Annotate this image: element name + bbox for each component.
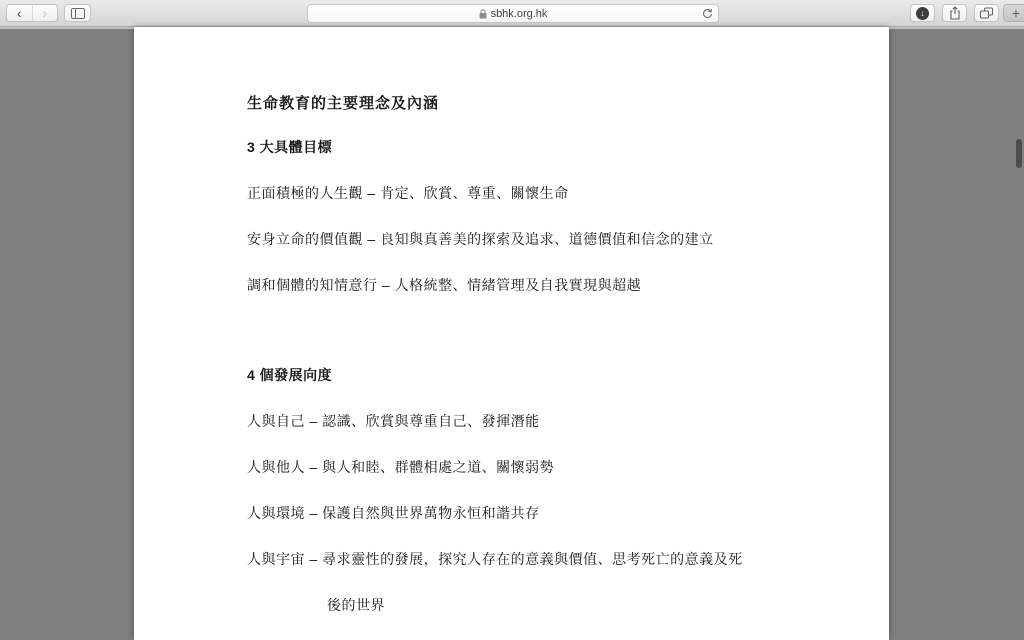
doc-line: 人與宇宙 – 尋求靈性的發展，探究人存在的意義與價值、思考死亡的意義及死 — [247, 549, 743, 569]
reload-button[interactable] — [702, 8, 713, 20]
sidebar-toggle-button[interactable] — [64, 4, 91, 22]
forward-icon: › — [42, 6, 47, 20]
doc-line: 人與他人 – 與人和睦、群體相處之道、關懷弱勢 — [247, 457, 554, 477]
tabs-icon — [980, 7, 993, 19]
new-tab-button[interactable]: + — [1003, 4, 1024, 22]
section-heading-directions: 4 個發展向度 — [247, 365, 332, 385]
page-title: 生命教育的主要理念及內涵 — [247, 92, 439, 113]
browser-toolbar: ‹ › sbhk.org.hk ↓ — [0, 0, 1024, 27]
doc-line: 人與自己 – 認識、欣賞與尊重自己、發揮潛能 — [247, 411, 540, 431]
downloads-button[interactable]: ↓ — [910, 4, 935, 22]
address-bar[interactable]: sbhk.org.hk — [307, 4, 719, 23]
doc-line: 人與環境 – 保護自然與世界萬物永恒和諧共存 — [247, 503, 540, 523]
plus-icon: + — [1012, 5, 1020, 21]
download-progress-icon: ↓ — [916, 7, 929, 20]
sidebar-icon — [71, 8, 85, 19]
doc-line-continuation: 後的世界 — [327, 595, 385, 615]
history-nav-group: ‹ › — [6, 4, 58, 22]
back-button[interactable]: ‹ — [7, 5, 32, 21]
section-heading-goals: 3 大具體目標 — [247, 137, 332, 157]
doc-line: 正面積極的人生觀 – 肯定、欣賞、尊重、關懷生命 — [247, 183, 569, 203]
back-icon: ‹ — [17, 6, 22, 20]
https-lock-icon — [479, 9, 487, 19]
window-scrollbar-thumb[interactable] — [1016, 139, 1022, 168]
browser-viewport: 生命教育的主要理念及內涵 3 大具體目標 正面積極的人生觀 – 肯定、欣賞、尊重… — [0, 27, 1024, 640]
doc-line: 安身立命的價值觀 – 良知與真善美的探索及追求、道德價值和信念的建立 — [247, 229, 714, 249]
address-text: sbhk.org.hk — [491, 8, 548, 20]
doc-line: 調和個體的知情意行 – 人格統整、情緒管理及自我實現與超越 — [247, 275, 641, 295]
share-button[interactable] — [942, 4, 967, 22]
web-document: 生命教育的主要理念及內涵 3 大具體目標 正面積極的人生觀 – 肯定、欣賞、尊重… — [134, 27, 889, 640]
forward-button[interactable]: › — [32, 5, 58, 21]
share-icon — [949, 6, 961, 20]
tab-overview-button[interactable] — [974, 4, 999, 22]
